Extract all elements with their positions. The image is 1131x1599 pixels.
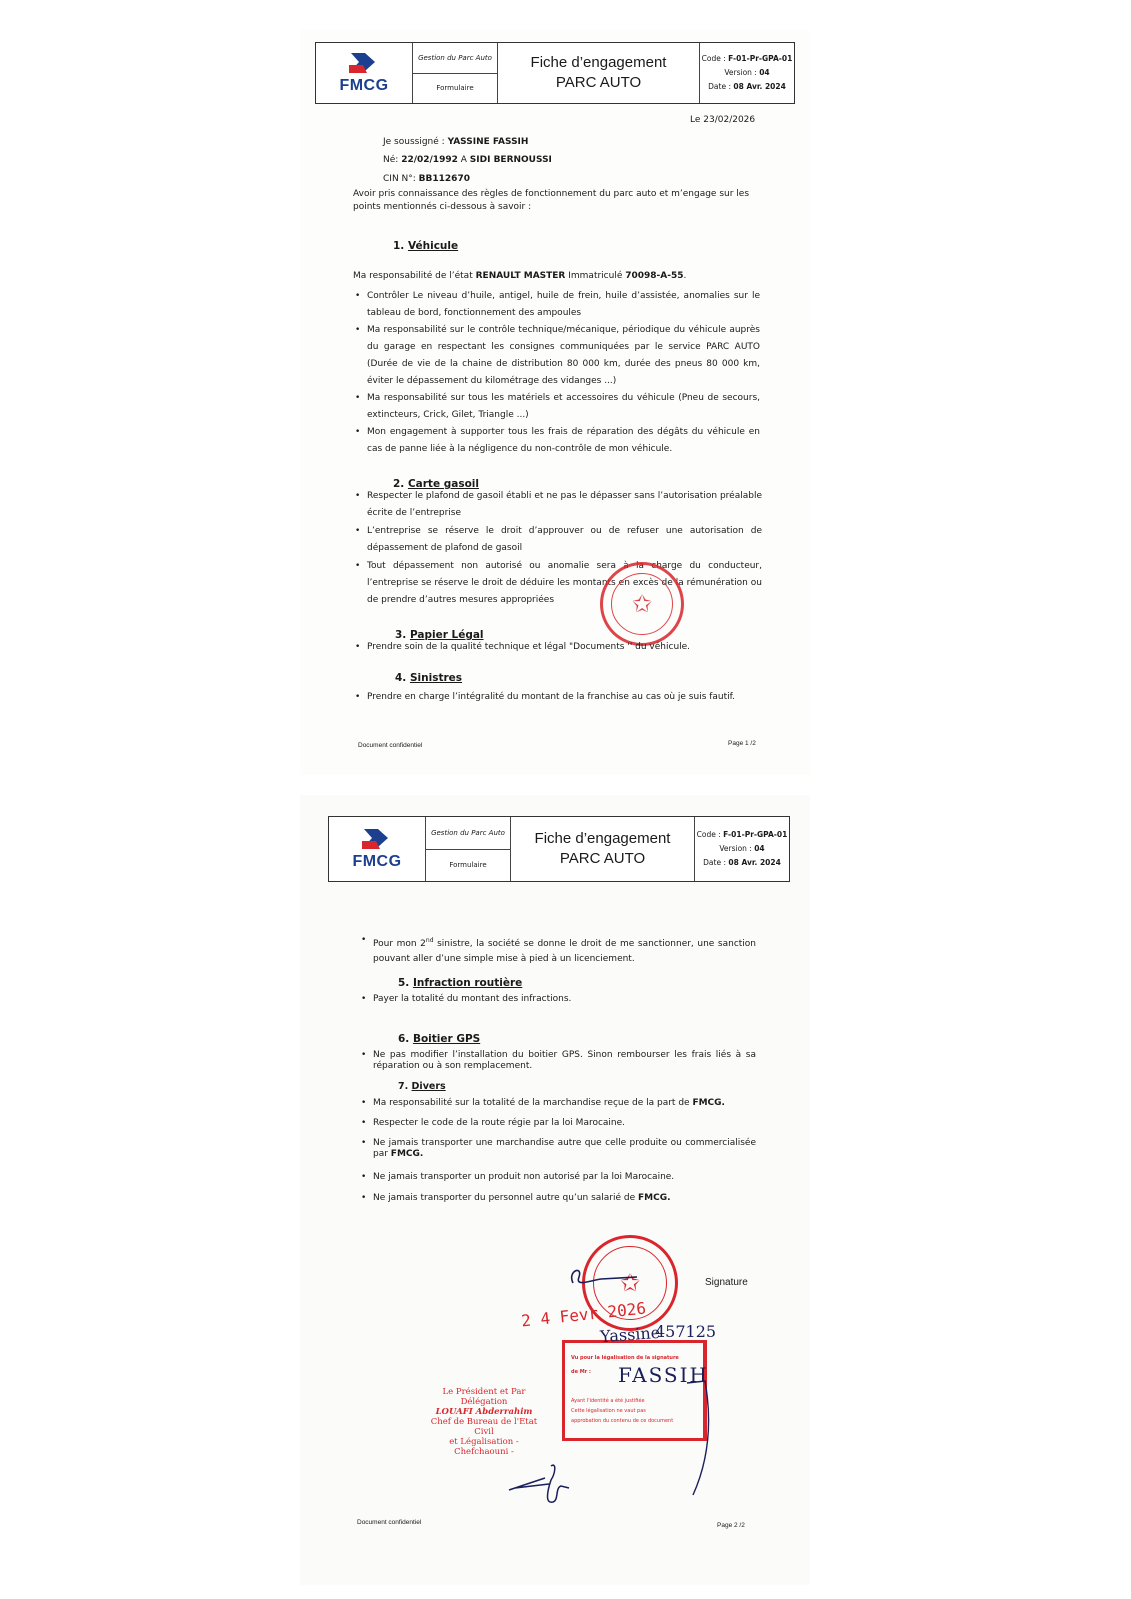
date-label: Date : (703, 858, 726, 867)
signature-scribble-icon (565, 1263, 645, 1293)
document-date: Le 23/02/2026 (690, 112, 755, 129)
legalization-line: approbation du contenu de ce document (571, 1418, 673, 1424)
section-number: 7. (398, 1081, 408, 1092)
delegation-line: et Légalisation - Chefchaouni - (424, 1437, 544, 1457)
legalization-line: Cette légalisation ne vaut pas (571, 1408, 646, 1414)
soussigne-line: Je soussigné : YASSINE FASSIH (383, 134, 528, 151)
list-item: •Prendre soin de la qualité technique et… (367, 639, 762, 656)
page-number: Page 2 /2 (717, 1522, 745, 1529)
birth-place: SIDI BERNOUSSI (470, 155, 552, 165)
code-label: Code : (697, 830, 721, 839)
bullet-text: Mon engagement à supporter tous les frai… (367, 427, 760, 454)
brand-name: FMCG (352, 853, 401, 871)
version-value: 04 (754, 844, 764, 853)
bullet-sup: nd (426, 937, 434, 944)
department-label: Gestion du Parc Auto (413, 43, 497, 74)
list-item: •Payer la totalité du montant des infrac… (373, 991, 756, 1008)
bullet-text-pre: Pour mon 2 (373, 939, 426, 949)
bullet-bold: FMCG. (638, 1193, 671, 1203)
vehicle-responsibility: Ma responsabilité de l’état RENAULT MAST… (353, 268, 686, 285)
delegation-line: Chef de Bureau de l'Etat Civil (424, 1417, 544, 1437)
bullet-text: L’entreprise se réserve le droit d’appro… (367, 526, 762, 553)
bullet-text: Ne jamais transporter un produit non aut… (373, 1172, 674, 1182)
section-title: Véhicule (408, 240, 458, 252)
fmcg-logo: FMCG (316, 43, 413, 103)
immat-label: Immatriculé (568, 271, 622, 281)
legalization-line: Vu pour la légalisation de la signature (571, 1355, 679, 1361)
document-header: FMCG Gestion du Parc Auto Formulaire Fic… (328, 816, 790, 882)
employee-name: YASSINE FASSIH (448, 137, 529, 147)
fmcg-arrow-icon (360, 827, 394, 853)
bullet-text: Ma responsabilité sur tous les matériels… (367, 393, 760, 420)
brand-name: FMCG (339, 77, 388, 95)
title-line-1: Fiche d’engagement (535, 829, 671, 849)
list-item: •Ma responsabilité sur tous les matériel… (367, 390, 760, 424)
bullet-text: Prendre soin de la qualité technique et … (367, 642, 690, 652)
list-item: •Ma responsabilité sur le contrôle techn… (367, 322, 760, 390)
footer-confidential: Document confidentiel (358, 742, 422, 749)
section-number: 6. (398, 1033, 409, 1045)
version-label: Version : (719, 844, 752, 853)
cin-value: BB112670 (419, 174, 470, 184)
list-item: •Prendre en charge l’intégralité du mont… (367, 689, 762, 706)
bullet-text: Prendre en charge l’intégralité du monta… (367, 692, 735, 702)
section-1-heading: 1. Véhicule (393, 240, 458, 252)
list-item: •Mon engagement à supporter tous les fra… (367, 424, 760, 458)
list-item: •Ne jamais transporter une marchandise a… (373, 1138, 756, 1160)
list-item: •Respecter le plafond de gasoil établi e… (367, 488, 762, 522)
signature-label: Signature (705, 1277, 748, 1288)
list-item: •Ma responsabilité sur la totalité de la… (373, 1095, 756, 1112)
department-label: Gestion du Parc Auto (426, 817, 510, 850)
doc-type-label: Formulaire (413, 74, 497, 104)
birth-a: A (461, 155, 467, 165)
bullet-text: Contrôler Le niveau d’huile, antigel, hu… (367, 291, 760, 318)
document-header: FMCG Gestion du Parc Auto Formulaire Fic… (315, 42, 795, 104)
bullet-text: Ma responsabilité sur le contrôle techni… (367, 325, 760, 386)
handwritten-number: 457125 (655, 1322, 716, 1341)
code-value: F-01-Pr-GPA-01 (723, 830, 787, 839)
section-title: Divers (412, 1081, 446, 1092)
soussigne-label: Je soussigné : (383, 137, 445, 147)
bullet-text: Ne pas modifier l’installation du boitie… (373, 1050, 756, 1071)
document-title: Fiche d’engagement PARC AUTO (498, 43, 700, 103)
document-title: Fiche d’engagement PARC AUTO (511, 817, 695, 881)
footer-confidential: Document confidentiel (357, 1519, 421, 1526)
title-line-1: Fiche d’engagement (531, 53, 667, 73)
delegation-official-name: LOUAFI Abderrahim (424, 1407, 544, 1417)
title-line-2: PARC AUTO (560, 849, 645, 869)
doc-type-label: Formulaire (426, 850, 510, 882)
section-number: 4. (395, 672, 406, 684)
page-number: Page 1 /2 (728, 740, 756, 747)
list-item: •Tout dépassement non autorisé ou anomal… (367, 558, 762, 609)
list-item: •Pour mon 2nd sinistre, la société se do… (373, 933, 756, 967)
document-page-1: FMCG Gestion du Parc Auto Formulaire Fic… (300, 30, 810, 775)
resp-prefix: Ma responsabilité de l’état (353, 271, 473, 281)
cin-label: CIN N°: (383, 174, 416, 184)
birth-label: Né: (383, 155, 398, 165)
section-title: Infraction routière (413, 977, 522, 989)
bullet-text: Tout dépassement non autorisé ou anomali… (367, 561, 762, 605)
birth-date: 22/02/1992 (401, 155, 458, 165)
handwritten-stroke-icon (685, 1375, 725, 1505)
bullet-text: Respecter le plafond de gasoil établi et… (367, 491, 762, 518)
star-icon: ✩ (611, 573, 673, 635)
list-item: •L’entreprise se réserve le droit d’appr… (367, 523, 762, 557)
cin-line: CIN N°: BB112670 (383, 171, 470, 188)
bullet-text: Respecter le code de la route régie par … (373, 1118, 625, 1128)
legalization-line: Ayant l'identité a été justifiée (571, 1398, 645, 1404)
bullet-bold: FMCG. (391, 1149, 424, 1159)
fmcg-logo: FMCG (329, 817, 426, 881)
version-label: Version : (724, 68, 757, 77)
header-form-info: Gestion du Parc Auto Formulaire (426, 817, 511, 881)
delegation-line: Le Président et Par Délégation (424, 1387, 544, 1407)
code-label: Code : (702, 54, 726, 63)
date-value: 08 Avr. 2024 (728, 858, 780, 867)
bullet-text: Ne jamais transporter une marchandise au… (373, 1138, 756, 1159)
section-7-heading: 7. Divers (398, 1081, 446, 1092)
official-signature-icon (505, 1460, 585, 1510)
list-item: •Ne jamais transporter un produit non au… (373, 1169, 756, 1186)
list-item: •Ne pas modifier l’installation du boiti… (373, 1050, 756, 1072)
legalization-line: de Mr : (571, 1369, 591, 1375)
section-number: 5. (398, 977, 409, 989)
section-title: Boitier GPS (413, 1033, 480, 1045)
official-round-stamp: ✩ (600, 562, 684, 646)
list-item: •Ne jamais transporter du personnel autr… (373, 1190, 756, 1207)
section-5-heading: 5. Infraction routière (398, 977, 522, 989)
vehicle-model: RENAULT MASTER (476, 271, 566, 281)
bullet-text: Ma responsabilité sur la totalité de la … (373, 1098, 692, 1108)
list-item: •Respecter le code de la route régie par… (373, 1115, 756, 1132)
header-form-info: Gestion du Parc Auto Formulaire (413, 43, 498, 103)
document-meta: Code : F-01-Pr-GPA-01 Version : 04 Date … (695, 817, 789, 881)
date-label: Date : (708, 82, 731, 91)
document-page-2: FMCG Gestion du Parc Auto Formulaire Fic… (300, 795, 810, 1585)
birth-line: Né: 22/02/1992 A SIDI BERNOUSSI (383, 152, 552, 169)
bullet-text: Payer la totalité du montant des infract… (373, 994, 571, 1004)
section-title: Sinistres (410, 672, 462, 684)
code-value: F-01-Pr-GPA-01 (728, 54, 792, 63)
section-6-heading: 6. Boitier GPS (398, 1033, 480, 1045)
bullet-text: Ne jamais transporter du personnel autre… (373, 1193, 638, 1203)
section-number: 1. (393, 240, 404, 252)
version-value: 04 (759, 68, 769, 77)
title-line-2: PARC AUTO (556, 73, 641, 93)
document-meta: Code : F-01-Pr-GPA-01 Version : 04 Date … (700, 43, 794, 103)
intro-text: Avoir pris connaissance des règles de fo… (353, 188, 761, 214)
section-4-heading: 4. Sinistres (395, 672, 462, 684)
list-item: •Contrôler Le niveau d’huile, antigel, h… (367, 288, 760, 322)
vehicle-plate: 70098-A-55 (625, 271, 683, 281)
date-value: 08 Avr. 2024 (733, 82, 785, 91)
bullet-bold: FMCG. (692, 1098, 725, 1108)
delegation-signature-block: Le Président et Par Délégation LOUAFI Ab… (424, 1387, 544, 1457)
fmcg-arrow-icon (347, 51, 381, 77)
